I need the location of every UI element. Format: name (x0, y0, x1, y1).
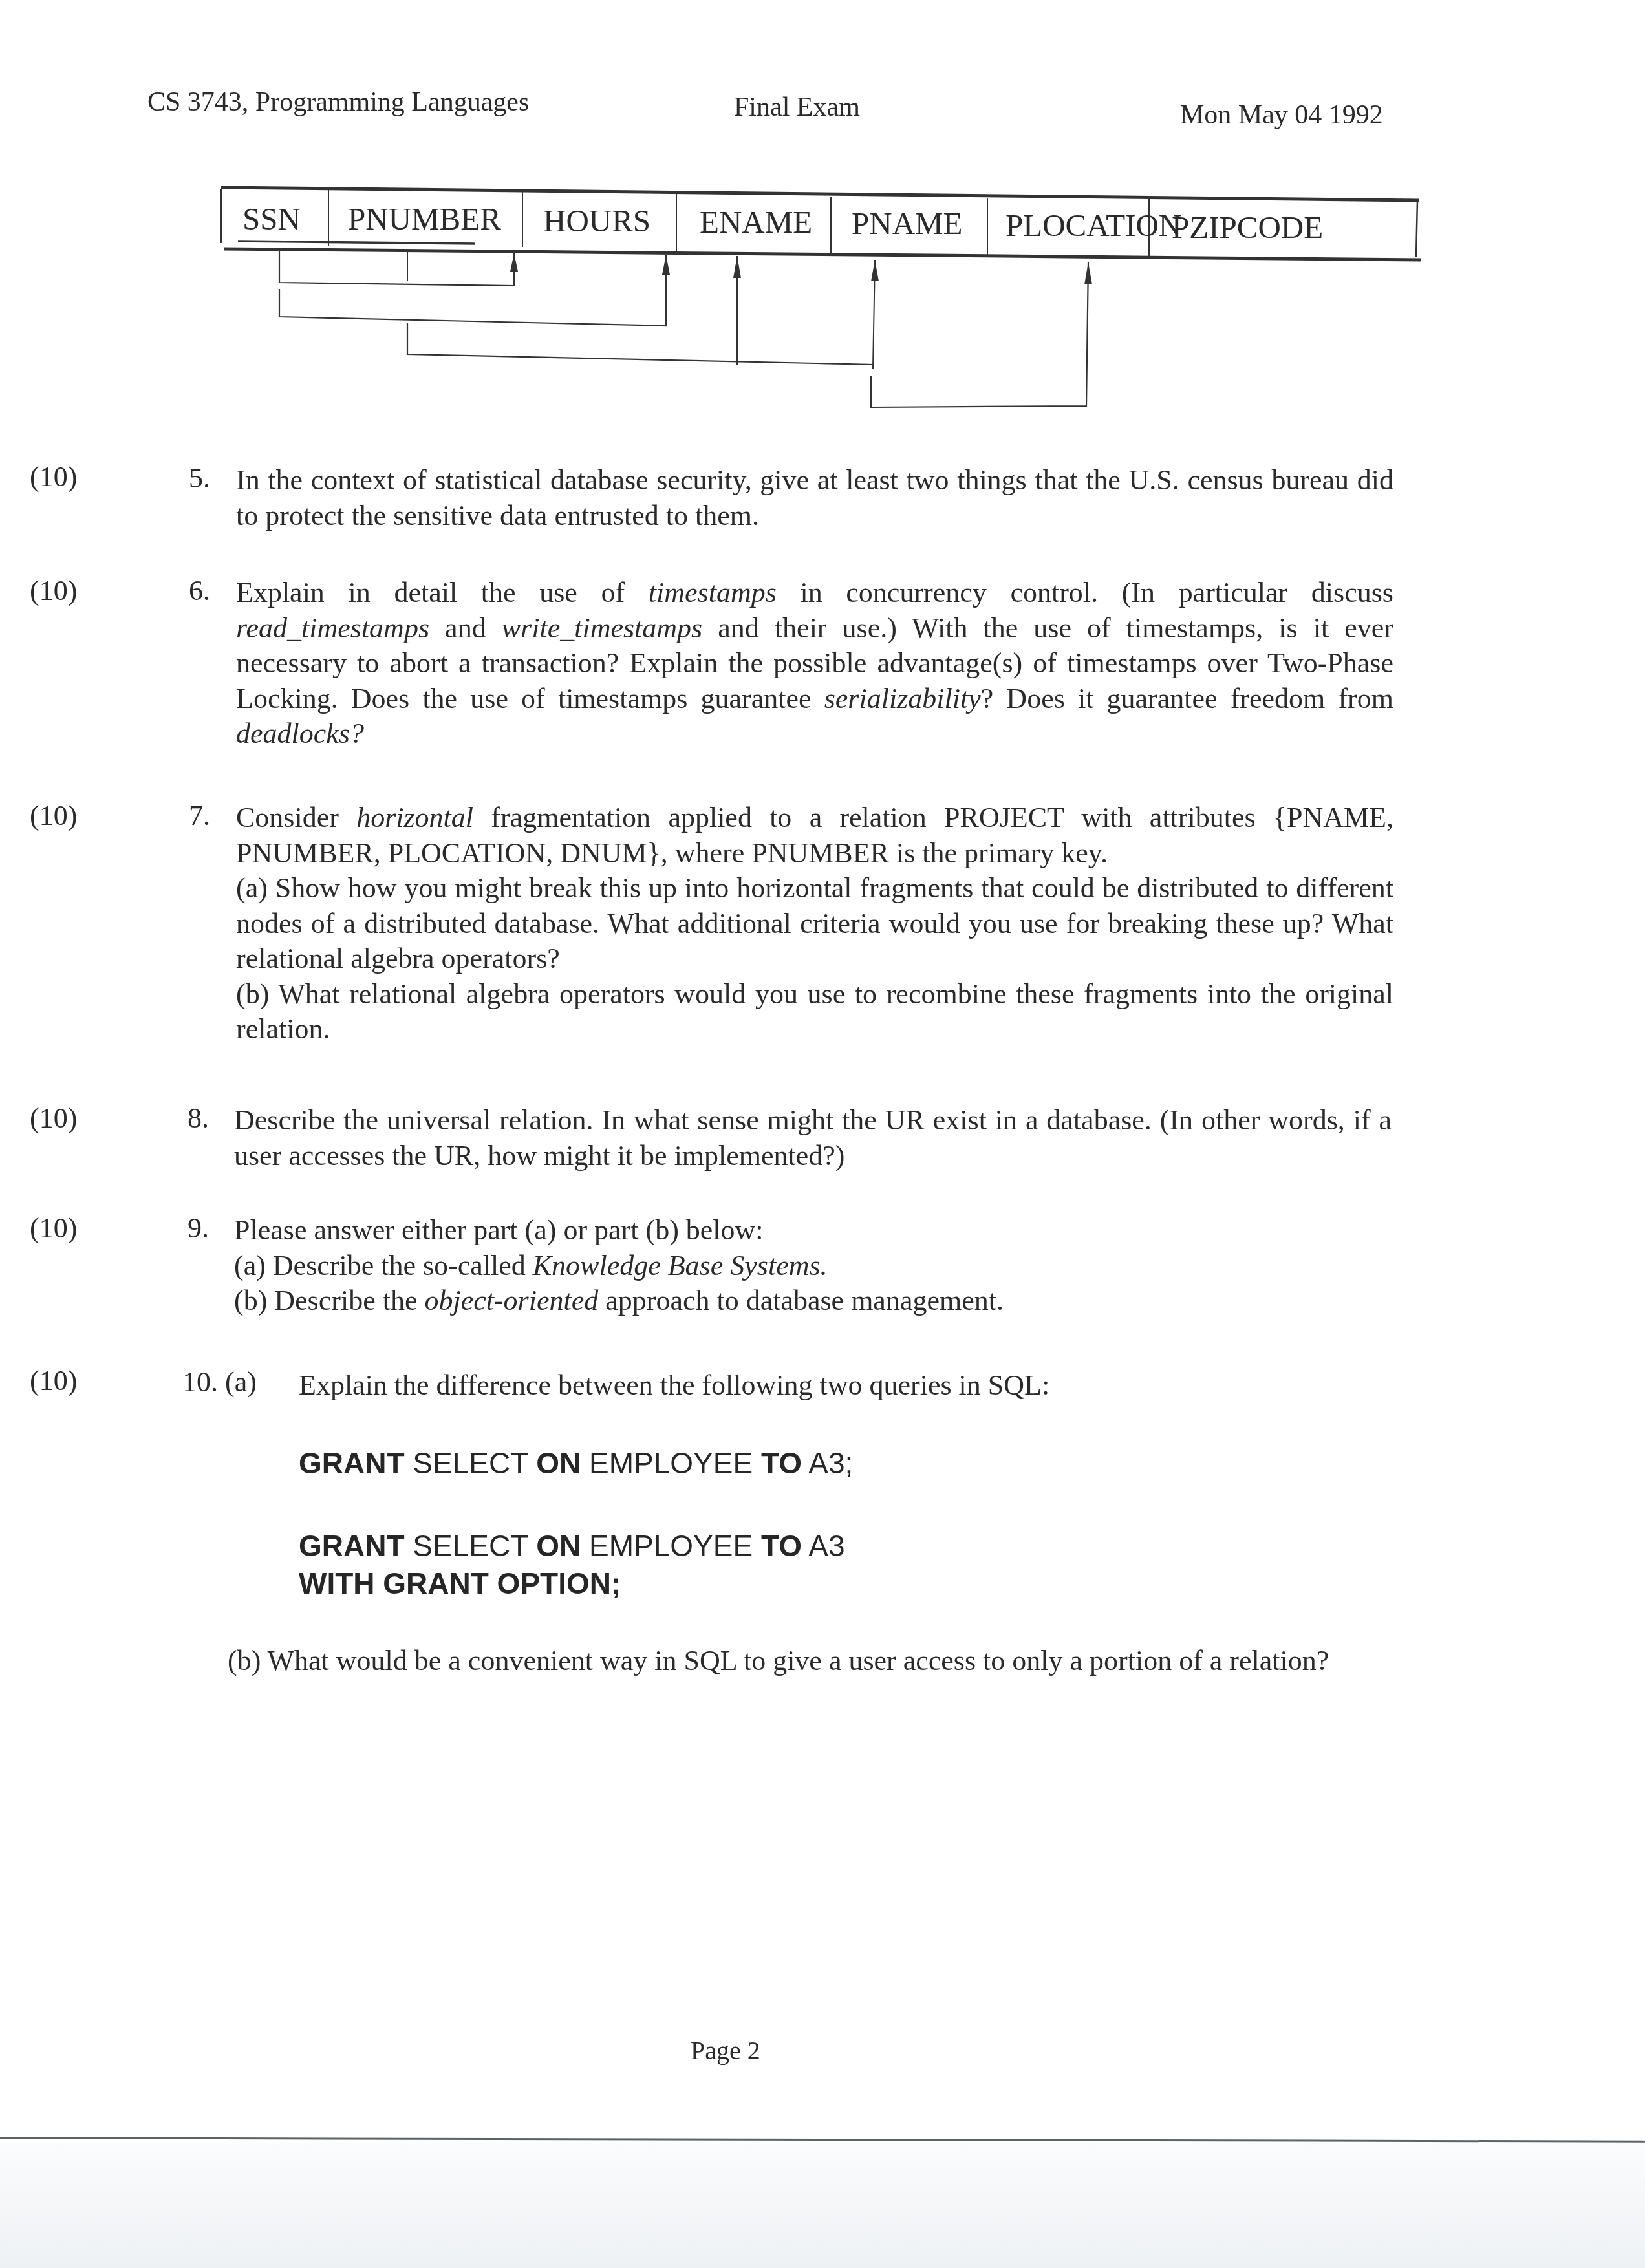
question-number: 9. (188, 1212, 209, 1245)
scan-background (0, 2143, 1645, 2268)
question-number: 10. (a) (182, 1365, 257, 1398)
text-segment: in concurrency control. (In particular d… (777, 577, 1393, 608)
sql-token: SELECT (405, 1529, 537, 1563)
question-text: Describe the universal relation. In what… (234, 1103, 1392, 1173)
sql-token: EMPLOYEE (581, 1446, 761, 1480)
text-segment: ? Does it guarantee freedom from (981, 683, 1393, 714)
question-part-b: (b) What would be a convenient way in SQ… (228, 1643, 1392, 1679)
question-part-b: (b) Describe the object-oriented approac… (234, 1283, 1392, 1319)
sql-query-1: GRANT SELECT ON EMPLOYEE TO A3; (299, 1444, 853, 1482)
text-segment: Consider (236, 802, 356, 833)
text-segment: object-oriented (424, 1285, 598, 1316)
text-segment: (b) Describe the (234, 1285, 424, 1316)
attribute-pzipcode: PZIPCODE (1172, 209, 1323, 246)
exam-date: Mon May 04 1992 (1180, 100, 1383, 131)
question-marks: (10) (30, 1102, 77, 1135)
sql-query-2: GRANT SELECT ON EMPLOYEE TO A3 WITH GRAN… (299, 1527, 844, 1602)
question-number: 7. (189, 799, 210, 832)
sql-keyword: GRANT (299, 1529, 405, 1563)
course-title: CS 3743, Programming Languages (147, 87, 529, 118)
question-number: 5. (189, 462, 210, 495)
question-text: Explain in detail the use of timestamps … (236, 575, 1393, 752)
sql-keyword: TO (761, 1529, 802, 1563)
text-segment: horizontal (356, 802, 473, 833)
exam-title: Final Exam (734, 92, 860, 123)
attribute-ssn: SSN (242, 200, 301, 237)
functional-dependency-diagram: SSN PNUMBER HOURS ENAME PNAME PLOCATION … (213, 181, 1442, 427)
attribute-plocation: PLOCATION (1005, 207, 1181, 244)
sql-keyword: TO (761, 1446, 802, 1480)
sql-token: SELECT (405, 1446, 537, 1480)
attribute-pname: PNAME (852, 205, 963, 242)
question-number: 6. (189, 574, 210, 607)
attribute-ename: ENAME (700, 204, 812, 241)
text-segment: Knowledge Base Systems. (533, 1250, 828, 1281)
attribute-hours: HOURS (543, 202, 650, 239)
question-marks: (10) (30, 799, 77, 832)
text-segment: approach to database management. (598, 1285, 1004, 1316)
text-segment: deadlocks? (236, 718, 364, 749)
question-number: 8. (188, 1102, 209, 1135)
sql-keyword: ON (536, 1529, 581, 1563)
text-segment: and (429, 612, 502, 644)
sql-keyword: WITH GRANT OPTION; (299, 1567, 621, 1600)
question-intro: Consider horizontal fragmentation applie… (236, 800, 1393, 871)
question-text: Consider horizontal fragmentation applie… (236, 800, 1393, 1047)
question-marks: (10) (30, 1364, 77, 1397)
text-segment: timestamps (649, 577, 777, 608)
question-marks: (10) (30, 460, 77, 493)
question-prompt: Please answer either part (a) or part (b… (234, 1213, 1392, 1248)
sql-token: EMPLOYEE (581, 1529, 761, 1563)
question-text: In the context of statistical database s… (236, 463, 1393, 533)
question-marks: (10) (30, 1212, 77, 1245)
question-marks: (10) (30, 574, 77, 607)
question-part-a: (a) Describe the so-called Knowledge Bas… (234, 1248, 1392, 1284)
sql-token: A3 (802, 1529, 845, 1563)
page-number: Page 2 (691, 2035, 760, 2066)
sql-keyword: ON (536, 1446, 581, 1480)
question-part-a: (a) Show how you might break this up int… (236, 871, 1393, 977)
page-edge-line (0, 2137, 1645, 2142)
text-segment: serializability (824, 683, 981, 714)
text-segment: (a) Describe the so-called (234, 1250, 533, 1281)
question-text: Please answer either part (a) or part (b… (234, 1213, 1392, 1319)
question-part-b: (b) What relational algebra operators wo… (236, 977, 1393, 1047)
text-segment: write_timestamps (502, 612, 702, 644)
text-segment: read_timestamps (236, 612, 429, 644)
sql-keyword: GRANT (299, 1446, 405, 1480)
text-segment: Explain in detail the use of (236, 577, 649, 608)
question-text: Explain the difference between the follo… (299, 1368, 1456, 1404)
sql-token: A3; (802, 1446, 853, 1480)
attribute-pnumber: PNUMBER (348, 200, 501, 237)
